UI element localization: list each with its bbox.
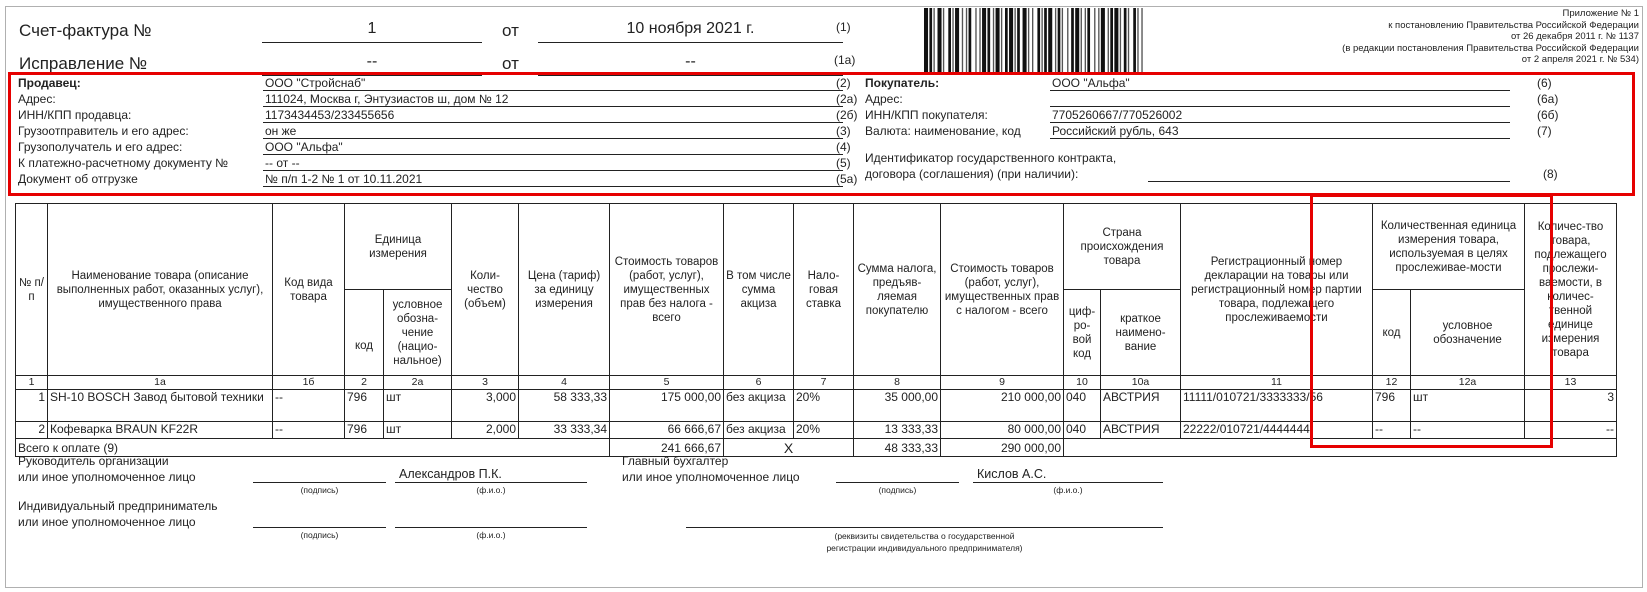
th-trace-qty: Количес-тво товара, подлежащего прослежи… [1525,204,1617,376]
seller-row: К платежно-расчетному документу №-- от -… [18,155,858,171]
invoice-number: 1 [262,20,482,43]
correction-date: -- [538,53,843,76]
cell-unit-code: 796 [345,390,384,422]
seller-row: Адрес:111024, Москва г, Энтузиастов ш, д… [18,91,858,107]
seller-row-label: Продавец: [18,75,81,91]
total-empty [1064,439,1617,457]
invoice-table: № п/п Наименование товара (описание выпо… [15,203,1617,457]
head-fio-caption: (ф.и.о.) [395,485,587,495]
cell-cost-no-tax: 175 000,00 [610,390,724,422]
buyer-row: Адрес:(6а) [865,91,1635,107]
cell-trace-code: -- [1373,422,1411,439]
th-country-name: краткое наимено-вание [1101,290,1181,376]
head-label-2: или иное уполномоченное лицо [18,469,196,485]
th-cost-with-tax: Стоимость товаров (работ, услуг), имущес… [941,204,1064,376]
seller-row-ref: (4) [836,139,851,155]
seller-row-ref: (5) [836,155,851,171]
accountant-signature-caption: (подпись) [836,485,959,495]
total-excise-tax-rate: X [724,439,854,457]
column-number: 1б [273,376,345,390]
column-number: 7 [794,376,854,390]
buyer-row-label: Валюта: наименование, код [865,123,1021,139]
barcode-icon [922,8,1282,72]
seller-row-ref: (2) [836,75,851,91]
column-number: 13 [1525,376,1617,390]
head-signature-field[interactable] [253,466,386,483]
seller-row-value: № п/п 1-2 № 1 от 10.11.2021 [263,171,843,187]
head-signature-caption: (подпись) [253,485,386,495]
ip-cert-caption: (реквизиты свидетельства о государственн… [686,530,1163,554]
th-trace-group: Количественная единица измерения товара,… [1373,204,1525,290]
appendix-line: от 26 декабря 2011 г. № 1137 [1342,31,1639,43]
cell-num: 2 [16,422,48,439]
th-country-group: Страна происхождения товара [1064,204,1181,290]
th-declaration: Регистрационный номер декларации на това… [1181,204,1373,376]
ip-fio-caption: (ф.и.о.) [395,530,587,540]
correction-number: -- [262,53,482,76]
cell-price: 33 333,34 [519,422,610,439]
column-number: 4 [519,376,610,390]
buyer-row-ref: (6б) [1537,107,1559,123]
invoice-from-label: от [502,21,519,41]
appendix-line: Приложение № 1 [1342,8,1639,20]
th-cost-no-tax: Стоимость товаров (работ, услуг), имущес… [610,204,724,376]
column-number: 11 [1181,376,1373,390]
cell-trace-qty: 3 [1525,390,1617,422]
accountant-fio-caption: (ф.и.о.) [973,485,1163,495]
cell-name: SH-10 BOSCH Завод бытовой техники [48,390,273,422]
cell-price: 58 333,33 [519,390,610,422]
seller-row-label: К платежно-расчетному документу № [18,155,228,171]
cell-qty: 2,000 [452,422,519,439]
column-numbers-row: 11а1б22а34567891010а111212а13 [16,376,1617,390]
column-number: 12 [1373,376,1411,390]
seller-row: Продавец:ООО "Стройснаб"(2) [18,75,858,91]
cell-kind-code: -- [273,422,345,439]
seller-row-ref: (2б) [836,107,858,123]
invoice-ref: (1) [836,20,851,34]
seller-row-value: ООО "Альфа" [263,139,843,155]
column-number: 1а [48,376,273,390]
total-tax-sum: 48 333,33 [854,439,941,457]
th-tax-sum: Сумма налога, предъяв-ляемая покупателю [854,204,941,376]
column-number: 9 [941,376,1064,390]
column-number: 10 [1064,376,1101,390]
th-unit-code: код [345,290,384,376]
cell-tax-rate: 20% [794,422,854,439]
cell-name: Кофеварка BRAUN KF22R [48,422,273,439]
cell-trace-name: шт [1411,390,1525,422]
buyer-row-value [1050,91,1510,107]
th-excise: В том числе сумма акциза [724,204,794,376]
seller-row: Документ об отгрузке№ п/п 1-2 № 1 от 10.… [18,171,858,187]
contract-value [1148,166,1510,182]
table-row: 1SH-10 BOSCH Завод бытовой техники--796ш… [16,390,1617,422]
column-number: 2 [345,376,384,390]
cell-country-code: 040 [1064,390,1101,422]
cell-country-name: АВСТРИЯ [1101,422,1181,439]
th-price: Цена (тариф) за единицу измерения [519,204,610,376]
cell-cost-with-tax: 80 000,00 [941,422,1064,439]
head-label-1: Руководитель организации [18,453,169,469]
buyer-row: Валюта: наименование, кодРоссийский рубл… [865,123,1635,139]
cell-trace-code: 796 [1373,390,1411,422]
seller-row: ИНН/КПП продавца:1173434453/233455656(2б… [18,107,858,123]
cell-unit-code: 796 [345,422,384,439]
th-num: № п/п [16,204,48,376]
seller-row-label: Грузоотправитель и его адрес: [18,123,189,139]
cell-tax-sum: 35 000,00 [854,390,941,422]
seller-row-value: -- от -- [263,155,843,171]
ip-cert-field[interactable] [686,511,1163,528]
contract-row-1: Идентификатор государственного контракта… [865,150,1635,166]
cell-trace-qty: -- [1525,422,1617,439]
cell-cost-with-tax: 210 000,00 [941,390,1064,422]
cell-country-name: АВСТРИЯ [1101,390,1181,422]
buyer-row-value: ООО "Альфа" [1050,75,1510,91]
cell-qty: 3,000 [452,390,519,422]
cell-num: 1 [16,390,48,422]
buyer-row-ref: (6) [1537,75,1552,91]
invoice-date: 10 ноября 2021 г. [538,20,843,43]
appendix-line: от 2 апреля 2021 г. № 534) [1342,54,1639,66]
cell-trace-name: -- [1411,422,1525,439]
th-country-code: циф-ро-вой код [1064,290,1101,376]
cell-tax-sum: 13 333,33 [854,422,941,439]
ip-signature-field[interactable] [253,511,386,528]
cell-country-code: 040 [1064,422,1101,439]
seller-row-ref: (2а) [836,91,857,107]
correction-ref: (1а) [834,53,855,67]
seller-row-value: 111024, Москва г, Энтузиастов ш, дом № 1… [263,91,843,107]
seller-row-label: Грузополучатель и его адрес: [18,139,182,155]
column-number: 12а [1411,376,1525,390]
cell-declaration: 11111/010721/3333333/56 [1181,390,1373,422]
accountant-label-2: или иное уполномоченное лицо [622,469,800,485]
column-number: 1 [16,376,48,390]
correction-from-label: от [502,54,519,74]
total-cost-with-tax: 290 000,00 [941,439,1064,457]
total-row: Всего к оплате (9) 241 666,67 X 48 333,3… [16,439,1617,457]
cell-tax-rate: 20% [794,390,854,422]
seller-row: Грузоотправитель и его адрес:он же(3) [18,123,858,139]
th-tax-rate: Нало-говая ставка [794,204,854,376]
seller-row-label: ИНН/КПП продавца: [18,107,131,123]
accountant-name: Кислов А.С. [973,466,1163,483]
buyer-row-label: ИНН/КПП покупателя: [865,107,988,123]
invoice-label: Счет-фактура № [19,21,152,41]
seller-row-ref: (5а) [836,171,857,187]
buyer-row-ref: (6а) [1537,91,1558,107]
th-name: Наименование товара (описание выполненны… [48,204,273,376]
buyer-row-label: Адрес: [865,91,903,107]
th-kind-code: Код вида товара [273,204,345,376]
head-name: Александров П.К. [395,466,587,483]
buyer-row-label: Покупатель: [865,75,939,91]
buyer-row: Покупатель:ООО "Альфа"(6) [865,75,1635,91]
th-trace-name: условное обозначение [1411,290,1525,376]
cell-unit-name: шт [384,390,452,422]
seller-row-label: Документ об отгрузке [18,171,138,187]
th-qty: Коли-чество (объем) [452,204,519,376]
cell-kind-code: -- [273,390,345,422]
cell-declaration: 22222/010721/4444444 [1181,422,1373,439]
ip-label-2: или иное уполномоченное лицо [18,514,196,530]
contract-ref: (8) [1543,166,1558,182]
contract-label-2: договора (соглашения) (при наличии): [865,166,1078,182]
th-unit-name: условное обозна-чение (нацио-нальное) [384,290,452,376]
column-number: 3 [452,376,519,390]
table-row: 2Кофеварка BRAUN KF22R--796шт2,00033 333… [16,422,1617,439]
cell-excise: без акциза [724,422,794,439]
ip-cert-caption-line: регистрации индивидуального предпринимат… [686,542,1163,554]
seller-row-ref: (3) [836,123,851,139]
column-number: 10а [1101,376,1181,390]
correction-label: Исправление № [19,54,147,74]
buyer-row: ИНН/КПП покупателя:7705260667/770526002(… [865,107,1635,123]
th-unit-group: Единица измерения [345,204,452,290]
ip-label-1: Индивидуальный предприниматель [18,498,217,514]
accountant-signature-field[interactable] [836,466,959,483]
ip-signature-caption: (подпись) [253,530,386,540]
ip-name [395,511,587,528]
seller-row: Грузополучатель и его адрес:ООО "Альфа"(… [18,139,858,155]
seller-row-value: 1173434453/233455656 [263,107,843,123]
appendix-line: (в редакции постановления Правительства … [1342,43,1639,55]
cell-cost-no-tax: 66 666,67 [610,422,724,439]
appendix-note: Приложение № 1 к постановлению Правитель… [1342,8,1639,66]
seller-row-label: Адрес: [18,91,56,107]
column-number: 5 [610,376,724,390]
accountant-label-1: Главный бухгалтер [622,453,728,469]
seller-row-value: ООО "Стройснаб" [263,75,843,91]
cell-unit-name: шт [384,422,452,439]
cell-excise: без акциза [724,390,794,422]
column-number: 8 [854,376,941,390]
appendix-line: к постановлению Правительства Российской… [1342,20,1639,32]
ip-cert-caption-line: (реквизиты свидетельства о государственн… [686,530,1163,542]
column-number: 2а [384,376,452,390]
contract-row-2: договора (соглашения) (при наличии): (8) [865,166,1635,182]
buyer-row-value: 7705260667/770526002 [1050,107,1510,123]
buyer-row-ref: (7) [1537,123,1552,139]
buyer-row-value: Российский рубль, 643 [1050,123,1510,139]
contract-label-1: Идентификатор государственного контракта… [865,150,1116,166]
column-number: 6 [724,376,794,390]
th-trace-code: код [1373,290,1411,376]
seller-row-value: он же [263,123,843,139]
